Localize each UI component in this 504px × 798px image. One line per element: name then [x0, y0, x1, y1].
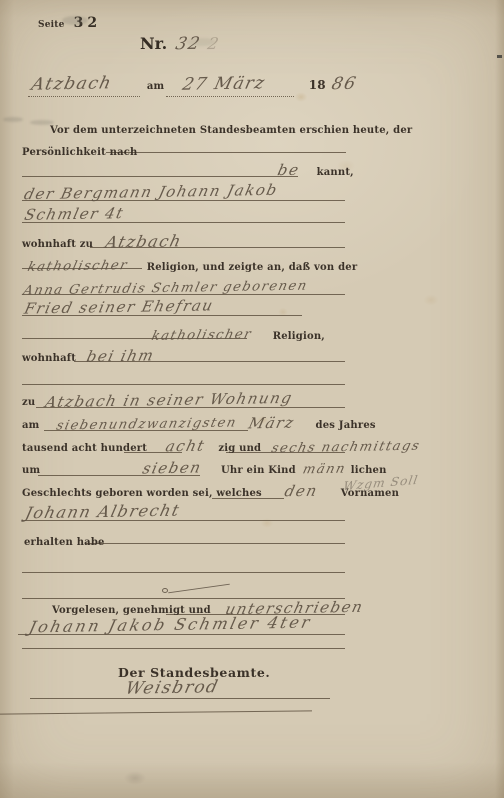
residence-line: wohnhaft zu Atzbach [22, 232, 182, 251]
year-tens-handwritten: acht [164, 437, 207, 456]
intro-text-2: Persönlichkeit nach [22, 147, 138, 158]
birthmonth-handwritten: März [247, 414, 297, 433]
um-label: um [22, 465, 40, 476]
registrar-signature-handwritten: Weisbrod [123, 677, 220, 699]
gender-handwritten: männ [301, 462, 347, 478]
erhalten-label: erhalten habe [24, 537, 105, 548]
ruled-line [30, 698, 330, 699]
registrar-signature-line: Weisbrod [126, 678, 218, 698]
mother-line-2: Fried seiner Ehefrau [25, 297, 213, 316]
ruled-line [86, 543, 345, 544]
intro-text-1: Vor dem unterzeichneten Standesbeamten e… [50, 125, 412, 136]
pencil-note-handwritten: Wzgm Soll [342, 473, 419, 493]
religion2-printed: Religion, [273, 331, 325, 342]
ruled-line [22, 572, 345, 573]
mother-line-1: Anna Gertrudis Schmler geborenen [24, 277, 307, 296]
bekannt-line: be kannt, [278, 160, 354, 179]
des-jahres-label: des Jahres [316, 420, 376, 431]
ruled-line [22, 384, 345, 385]
intro-line-1: Vor dem unterzeichneten Standesbeamten e… [50, 118, 412, 137]
erhalten-line: erhalten habe [24, 530, 105, 549]
eraser-smudge [3, 117, 23, 122]
ink-ghost-smudge [186, 38, 216, 46]
intro-line-2: Persönlichkeit nach [22, 140, 138, 159]
geschlecht-text: Geschlechts geboren worden sei, welches [22, 488, 262, 499]
birthhour-line: um sieben Uhr ein Kind männ lichen [22, 458, 387, 477]
uhr-kind-label: Uhr ein Kind [221, 465, 296, 476]
year-printed: 18 [309, 78, 326, 92]
religion1-handwritten: katholischer [26, 258, 130, 275]
hour-handwritten: sieben [141, 458, 204, 477]
year-ones-handwritten: sechs nachmittags [270, 439, 422, 457]
date-handwritten: 27 März [181, 73, 268, 94]
zu-label: zu [22, 397, 35, 408]
ruled-line [0, 710, 312, 714]
bekannt-printed: kannt, [317, 167, 354, 178]
child-name-line: Johann Albrecht [26, 502, 180, 521]
birthyear-line: tausend acht hundert acht zig und sechs … [22, 436, 420, 455]
insertion-mark-stroke [168, 584, 230, 594]
declarant-signature-handwritten: Johann Jakob Schmler 4ter [27, 613, 314, 637]
am-label: am [147, 81, 164, 92]
ruled-line [106, 152, 346, 153]
birthdate-line: am siebenundzwanzigsten März des Jahres [22, 413, 376, 432]
zig-und-label: zig und [218, 443, 261, 454]
declarant-handwritten-2: Schmler 4t [23, 204, 126, 224]
year-handwritten: 86 [330, 74, 359, 94]
eraser-smudge [30, 120, 54, 125]
religion2-handwritten: katholischer [150, 327, 254, 344]
declarant-line-2: Schmler 4t [25, 204, 124, 223]
registry-document-page: Seite 32 Nr. 32 2 Atzbach am 27 März 18 … [0, 0, 504, 798]
declarant-signature-line: Johann Jakob Schmler 4ter [30, 615, 311, 634]
ruled-line [22, 648, 345, 649]
declarant-handwritten-1: der Bergmann Johann Jakob [22, 181, 279, 203]
place-date-line: Atzbach am 27 März 18 86 [32, 74, 357, 94]
am2-label: am [22, 420, 39, 431]
margin-pencil-note: Wzgm Soll [344, 472, 418, 491]
article-handwritten: den [283, 482, 320, 501]
birthday-handwritten: siebenundzwanzigsten [54, 415, 238, 433]
residence-handwritten: Atzbach [104, 231, 184, 251]
ruled-line [22, 176, 298, 177]
religion-line-1: katholischer Religion, und zeigte an, da… [28, 255, 357, 274]
birthplace-line: zu Atzbach in seiner Wohnung [22, 390, 293, 409]
religion1-printed: Religion, und zeigte an, daß von der [147, 262, 358, 273]
bekannt-handwritten: be [276, 161, 302, 179]
birthplace-handwritten: Atzbach in seiner Wohnung [44, 389, 295, 411]
residence2-line: wohnhaft bei ihm [22, 346, 154, 365]
insertion-mark-circle [162, 588, 168, 593]
eraser-smudge [62, 16, 88, 25]
paper-fleck [497, 55, 502, 58]
residence2-handwritten: bei ihm [85, 346, 157, 365]
seite-label: Seite [38, 20, 65, 30]
child-name-handwritten: Johann Albrecht [23, 501, 182, 523]
ruled-line [28, 96, 140, 97]
religion-line-2: katholischer Religion, [152, 324, 325, 343]
mother-handwritten-2: Fried seiner Ehefrau [23, 296, 216, 317]
mother-handwritten-1: Anna Gertrudis Schmler geborenen [22, 279, 310, 299]
place-handwritten: Atzbach [30, 73, 115, 94]
wohnhaft-zu-label: wohnhaft zu [22, 239, 93, 250]
ruled-line [166, 96, 294, 97]
tausend-label: tausend acht hundert [22, 443, 147, 454]
nr-label: Nr. [140, 34, 167, 53]
declarant-line-1: der Bergmann Johann Jakob [25, 182, 277, 201]
wohnhaft2-label: wohnhaft [22, 353, 76, 364]
